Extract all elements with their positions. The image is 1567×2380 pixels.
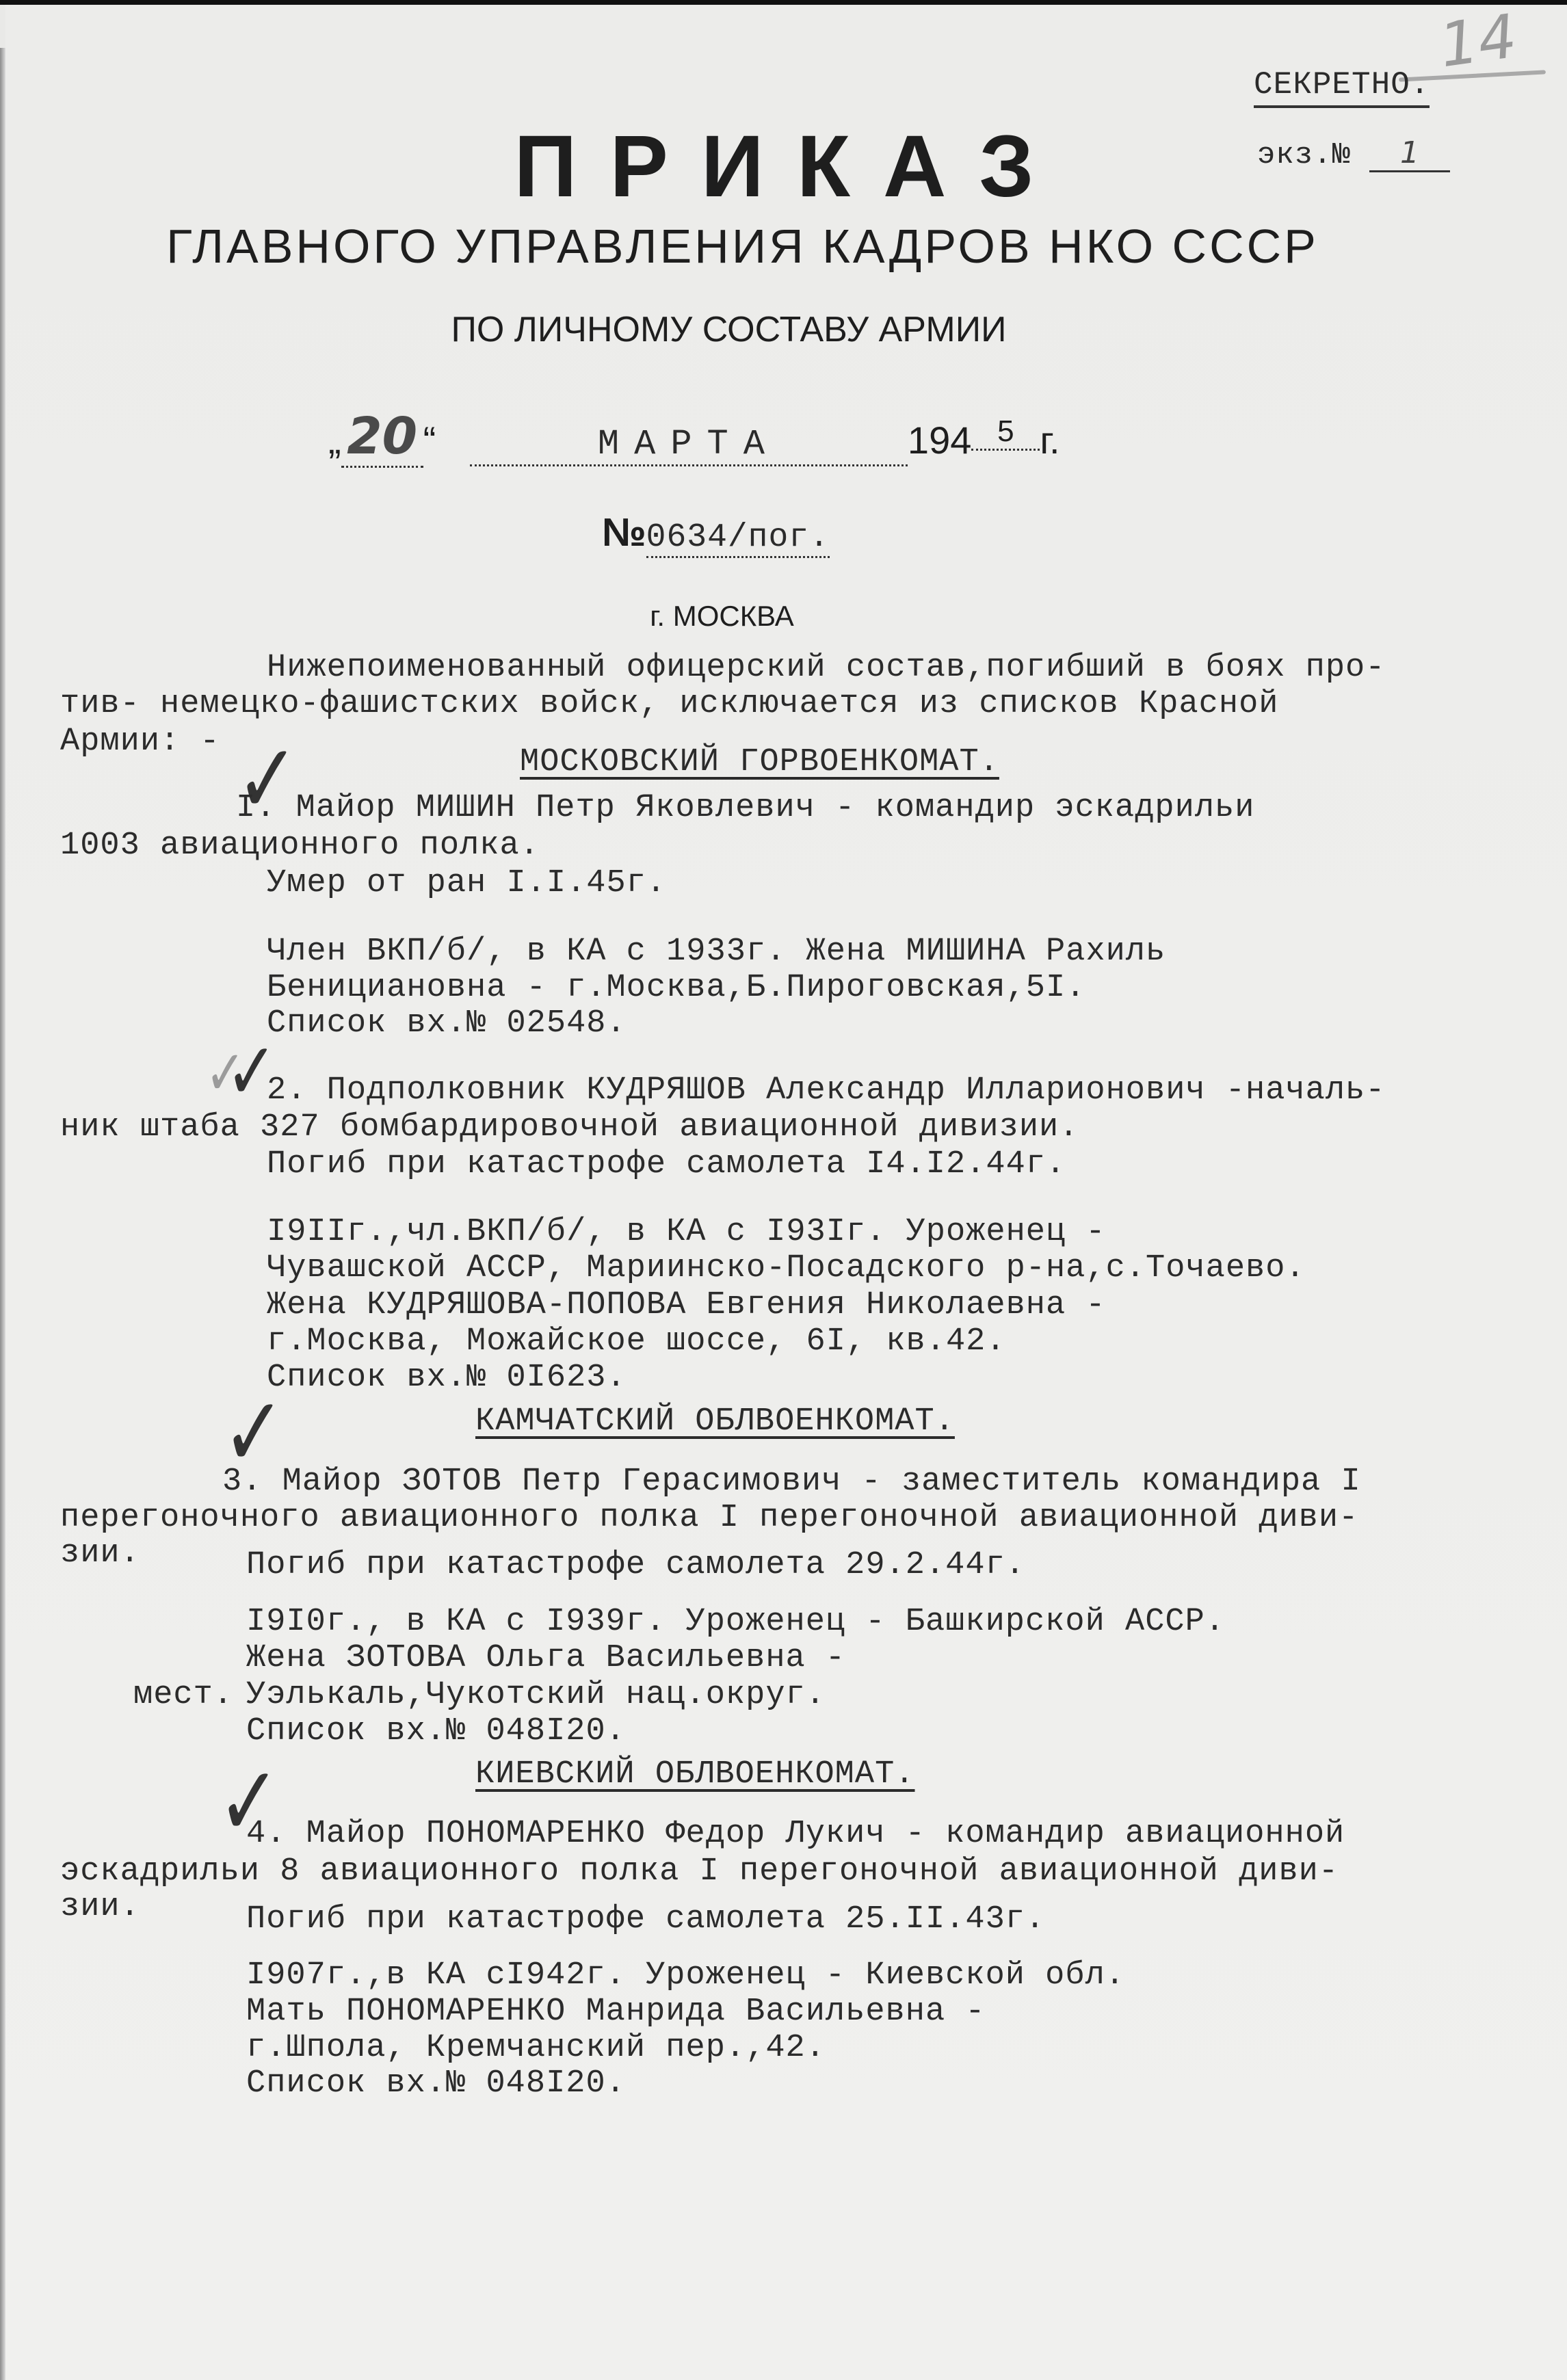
issuer: ГЛАВНОГО УПРАВЛЕНИЯ КАДРОВ НКО СССР	[0, 219, 1526, 274]
entry-2-line: 2. Подполковник КУДРЯШОВ Александр Иллар…	[267, 1072, 1385, 1109]
document-title: ПРИКАЗ	[0, 116, 1567, 217]
entry-3-line: перегоночного авиационного полка I перег…	[60, 1500, 1358, 1536]
city: г. МОСКВА	[0, 600, 1505, 633]
entry-1-line: I. Майор МИШИН Петр Яковлевич - командир…	[236, 790, 1254, 826]
entry-4-line: г.Шпола, Кремчанский пер.,42.	[246, 2030, 826, 2066]
entry-1-line: Бенициановна - г.Москва,Б.Пироговская,5I…	[267, 970, 1085, 1006]
entry-1-line: Член ВКП/б/, в КА с 1933г. Жена МИШИНА Р…	[267, 934, 1166, 970]
entry-4-line: Мать ПОНОМАРЕНКО Манрида Васильевна -	[246, 1994, 986, 2030]
entry-2-line: Погиб при катастрофе самолета I4.I2.44г.	[267, 1146, 1066, 1182]
section-heading-kiev: КИЕВСКИЙ ОБЛВОЕНКОМАТ.	[475, 1756, 915, 1793]
entry-2-line: Жена КУДРЯШОВА-ПОПОВА Евгения Николаевна…	[267, 1287, 1106, 1323]
date-month: МАРТА	[470, 424, 908, 466]
entry-3-line: I9I0г., в КА с I939г. Уроженец - Башкирс…	[246, 1604, 1225, 1640]
date-open-quote: „	[328, 419, 341, 462]
preamble-line: Нижепоименованный офицерский состав,поги…	[267, 650, 1385, 686]
entry-4-line: 4. Майор ПОНОМАРЕНКО Федор Лукич - коман…	[246, 1816, 1345, 1852]
entry-2-line: I9IIг.,чл.ВКП/б/, в КА с I93Iг. Уроженец…	[267, 1214, 1106, 1250]
entry-4-line: Погиб при катастрофе самолета 25.II.43г.	[246, 1901, 1045, 1938]
date-year-mark: г.	[1040, 419, 1059, 462]
entry-4-line: зии.	[60, 1889, 140, 1925]
date-year-prefix: 194	[908, 419, 971, 462]
order-number-label: №	[602, 510, 646, 555]
order-date: „20“ МАРТА1945г.	[328, 407, 1060, 468]
date-close-quote: “	[423, 419, 436, 462]
entry-3-line: Жена ЗОТОВА Ольга Васильевна -	[246, 1640, 845, 1676]
preamble-line: Армии: -	[60, 724, 220, 760]
order-number-value: 0634/пог.	[646, 519, 830, 558]
entry-1-line: Умер от ран I.I.45г.	[267, 865, 666, 901]
scan-left-edge	[0, 48, 5, 2380]
section-heading-kamchatka: КАМЧАТСКИЙ ОБЛВОЕНКОМАТ.	[475, 1403, 955, 1440]
order-number: №0634/пог.	[602, 510, 830, 558]
date-day: 20	[341, 407, 423, 468]
entry-3-line: Список вх.№ 048I20.	[246, 1713, 626, 1749]
entry-3-line: зии.	[60, 1535, 140, 1572]
preamble-line: тив- немецко-фашистских войск, исключает…	[60, 686, 1278, 722]
entry-1-line: Список вх.№ 02548.	[267, 1005, 627, 1042]
section-heading-moscow: МОСКОВСКИЙ ГОРВОЕНКОМАТ.	[520, 744, 999, 780]
date-year-suffix: 5	[971, 414, 1040, 451]
entry-2-line: Чувашской АССР, Мариинско-Посадского р-н…	[267, 1250, 1306, 1286]
entry-3-line: мест.	[133, 1677, 233, 1713]
entry-2-line: Список вх.№ 0I623.	[267, 1360, 627, 1396]
entry-2-line: ник штаба 327 бомбардировочной авиационн…	[60, 1109, 1079, 1146]
entry-4-line: I907г.,в КА сI942г. Уроженец - Киевской …	[246, 1957, 1125, 1994]
classification-stamp: СЕКРЕТНО.	[1254, 67, 1430, 108]
entry-3-line: 3. Майор ЗОТОВ Петр Герасимович - замест…	[222, 1464, 1361, 1500]
entry-4-line: эскадрильи 8 авиационного полка I перего…	[60, 1853, 1339, 1890]
entry-2-line: г.Москва, Можайское шоссе, 6I, кв.42.	[267, 1323, 1006, 1360]
entry-3-line: Погиб при катастрофе самолета 29.2.44г.	[246, 1547, 1025, 1583]
archive-page-number: 14	[1435, 1, 1520, 81]
subject: ПО ЛИЧНОМУ СОСТАВУ АРМИИ	[0, 309, 1512, 350]
scan-top-border	[0, 0, 1567, 5]
entry-4-line: Список вх.№ 048I20.	[246, 2065, 626, 2102]
entry-3-line: Уэлькаль,Чукотский нац.округ.	[246, 1677, 826, 1713]
entry-1-line: 1003 авиационного полка.	[60, 828, 540, 864]
